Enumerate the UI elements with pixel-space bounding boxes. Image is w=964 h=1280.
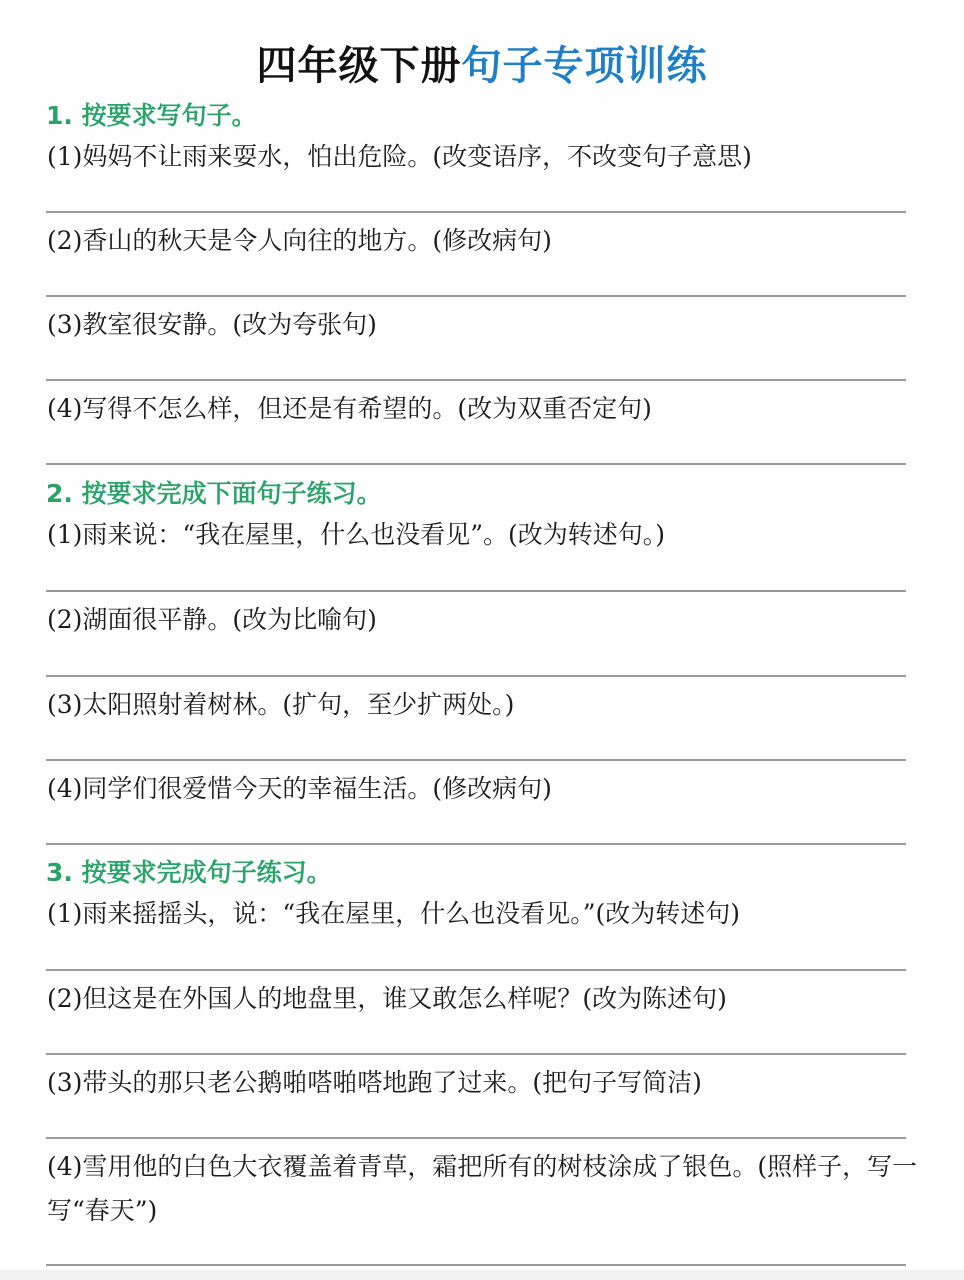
answer-line-3-1[interactable] bbox=[46, 969, 906, 971]
worksheet-page: 四年级下册句子专项训练 1. 按要求写句子。 (1)妈妈不让雨来耍水，怕出危险。… bbox=[0, 0, 964, 1280]
title-topic: 句子专项训练 bbox=[462, 43, 708, 89]
title-grade: 四年级下册 bbox=[257, 43, 462, 89]
question-2-2: (2)湖面很平静。(改为比喻句) bbox=[47, 603, 377, 637]
answer-line-2-3[interactable] bbox=[46, 759, 906, 761]
answer-line-2-1[interactable] bbox=[46, 590, 906, 592]
question-1-2: (2)香山的秋天是令人向往的地方。(修改病句) bbox=[47, 224, 552, 258]
question-2-4: (4)同学们很爱惜今天的幸福生活。(修改病句) bbox=[47, 772, 552, 806]
answer-line-3-4[interactable] bbox=[46, 1264, 906, 1266]
section-heading-3: 3. 按要求完成句子练习。 bbox=[46, 856, 332, 890]
answer-line-1-3[interactable] bbox=[46, 379, 906, 381]
page-bottom-edge bbox=[0, 1270, 964, 1280]
answer-line-3-3[interactable] bbox=[46, 1137, 906, 1139]
question-3-2: (2)但这是在外国人的地盘里，谁又敢怎么样呢？(改为陈述句) bbox=[47, 982, 727, 1016]
question-3-1: (1)雨来摇摇头，说：“我在屋里，什么也没看见。”(改为转述句) bbox=[47, 897, 740, 931]
answer-line-1-4[interactable] bbox=[46, 463, 906, 465]
question-2-1: (1)雨来说：“我在屋里，什么也没看见”。(改为转述句。) bbox=[47, 518, 665, 552]
question-1-3: (3)教室很安静。(改为夸张句) bbox=[47, 308, 377, 342]
question-2-3: (3)太阳照射着树林。(扩句，至少扩两处。) bbox=[47, 688, 514, 722]
answer-line-3-2[interactable] bbox=[46, 1053, 906, 1055]
question-1-1: (1)妈妈不让雨来耍水，怕出危险。(改变语序，不改变句子意思) bbox=[47, 140, 752, 174]
answer-line-1-1[interactable] bbox=[46, 211, 906, 213]
section-heading-1: 1. 按要求写句子。 bbox=[46, 99, 257, 133]
answer-line-1-2[interactable] bbox=[46, 295, 906, 297]
question-3-3: (3)带头的那只老公鹅啪嗒啪嗒地跑了过来。(把句子写简洁) bbox=[47, 1066, 702, 1100]
answer-line-2-4[interactable] bbox=[46, 843, 906, 845]
question-3-4: (4)雪用他的白色大衣覆盖着青草，霜把所有的树枝涂成了银色。(照样子，写一写“春… bbox=[47, 1145, 927, 1233]
question-1-4: (4)写得不怎么样，但还是有希望的。(改为双重否定句) bbox=[47, 392, 652, 426]
answer-line-2-2[interactable] bbox=[46, 675, 906, 677]
section-heading-2: 2. 按要求完成下面句子练习。 bbox=[46, 477, 382, 511]
page-title: 四年级下册句子专项训练 bbox=[0, 38, 964, 94]
